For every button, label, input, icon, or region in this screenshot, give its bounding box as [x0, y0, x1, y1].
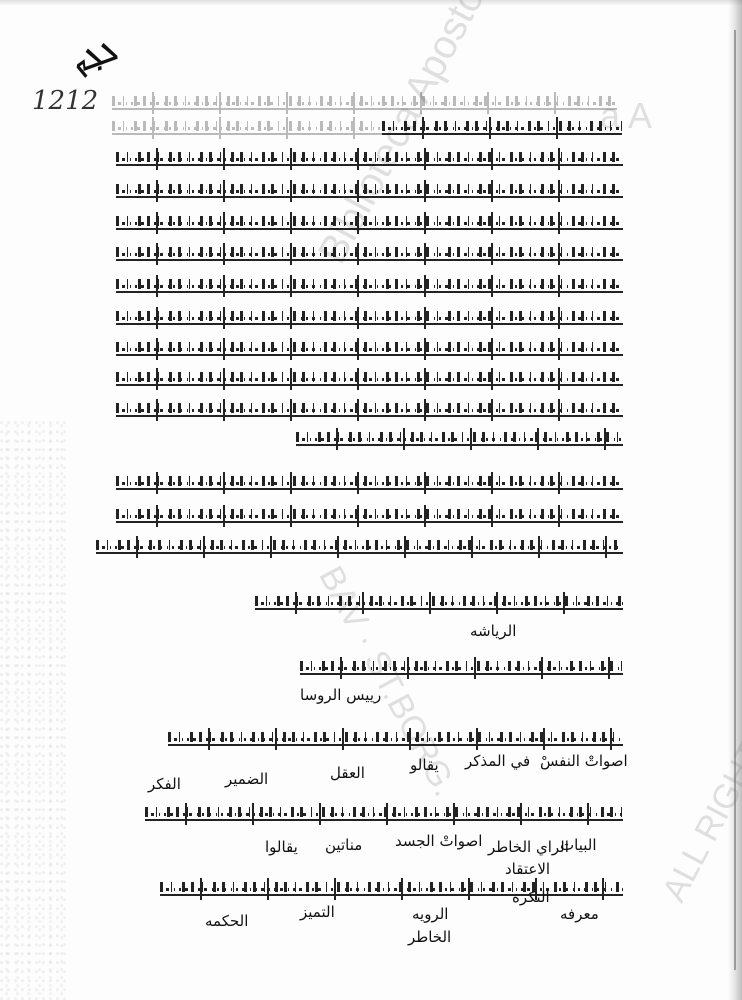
arabic-gloss: يقالوا: [265, 838, 298, 856]
script-line: [116, 307, 623, 329]
faded-script-line: [112, 117, 382, 139]
script-line: [160, 878, 623, 900]
page-top-edge: [0, 0, 742, 6]
arabic-gloss: الحكمه: [205, 912, 248, 930]
arabic-gloss: الاعتقاد: [505, 860, 550, 878]
arabic-gloss: اصواتْ النفسْ: [540, 752, 628, 770]
script-line: [296, 428, 623, 450]
script-line: [300, 657, 623, 679]
faded-script-line: [112, 92, 617, 114]
arabic-gloss: الراي الخاطر: [488, 838, 569, 856]
script-line: [116, 338, 623, 360]
arabic-gloss: الفكر: [148, 775, 181, 793]
script-line: [116, 243, 623, 265]
arabic-gloss: العقل: [330, 764, 365, 782]
arabic-gloss: رييس الروسا: [300, 686, 381, 704]
script-line: [382, 117, 622, 139]
script-line: [116, 275, 623, 297]
script-line: [255, 592, 623, 614]
arabic-gloss: الرويه: [412, 905, 448, 923]
paper-grain: [0, 420, 70, 1000]
margin-mark: ܠܠ݂ܟ: [68, 33, 122, 80]
arabic-gloss: التميز: [300, 903, 335, 921]
script-line: [116, 368, 623, 390]
arabic-gloss: الخاطر: [408, 928, 451, 946]
script-line: [116, 472, 623, 494]
arabic-gloss: مناتين: [325, 836, 362, 854]
script-line: [116, 148, 623, 170]
arabic-gloss: الرياشه: [470, 622, 516, 640]
script-line: [145, 803, 623, 825]
manuscript-page: Biblioteca Apostolica Vaticana a A BAV ·…: [0, 0, 742, 1000]
arabic-gloss: في المذكر: [465, 752, 530, 770]
arabic-gloss: يقالو: [410, 756, 439, 774]
script-line: [168, 728, 623, 750]
arabic-gloss: النكره: [512, 888, 550, 906]
arabic-gloss: معرفه: [560, 905, 599, 923]
folio-number: 1212: [32, 86, 98, 116]
arabic-gloss: اصواتْ الجسد: [395, 832, 482, 850]
script-line: [116, 505, 623, 527]
script-line: [96, 536, 623, 558]
script-line: [116, 212, 623, 234]
script-line: [116, 399, 623, 421]
binding-line: [734, 30, 736, 970]
script-line: [116, 180, 623, 202]
arabic-gloss: الضمير: [225, 770, 268, 788]
